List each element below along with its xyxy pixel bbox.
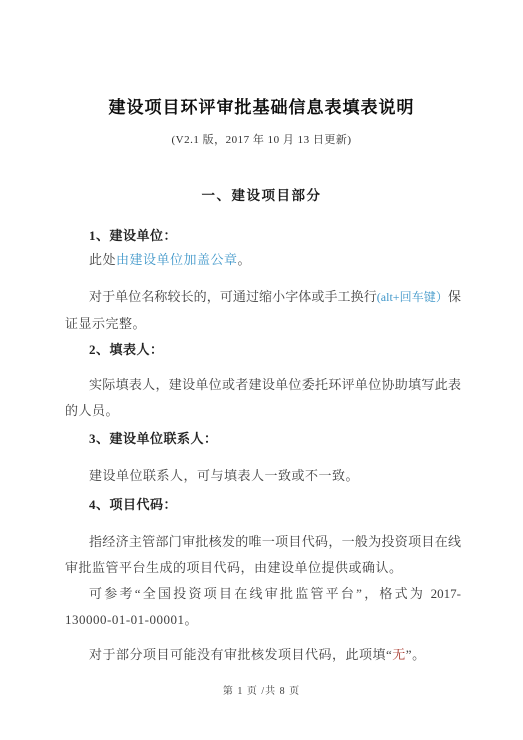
item-4-heading: 4、项目代码： — [65, 496, 461, 514]
item-1-para-1-text: 此处 — [89, 252, 116, 267]
item-4-para-3: 对于部分项目可能没有审批核发项目代码，此项填“无”。 — [65, 646, 461, 664]
section-heading: 一、建设项目部分 — [0, 187, 523, 205]
item-4-para-2-line-2: 130000-01-01-00001。 — [65, 611, 461, 629]
item-4-para-3-tail: ”。 — [406, 647, 426, 662]
item-1-para-2-line-2: 证显示完整。 — [65, 315, 461, 333]
item-1-heading: 1、建设单位： — [65, 227, 461, 245]
item-1-para-1: 此处由建设单位加盖公章。 — [65, 251, 461, 269]
doc-subtitle: (V2.1 版，2017 年 10 月 13 日更新) — [0, 131, 523, 149]
document-page: 建设项目环评审批基础信息表填表说明 (V2.1 版，2017 年 10 月 13… — [0, 0, 523, 740]
item-1-para-2-shortcut-hint: (alt+回车键） — [377, 290, 448, 304]
item-4-para-3-text: 对于部分项目可能没有审批核发项目代码，此项填“ — [89, 647, 392, 662]
item-1-para-2-line-1: 对于单位名称较长的，可通过缩小字体或手工换行(alt+回车键）保 — [65, 288, 461, 306]
item-4-para-3-none-value: 无 — [392, 647, 406, 662]
item-2-para-1-line-1: 实际填表人，建设单位或者建设单位委托环评单位协助填写此表 — [65, 376, 461, 394]
doc-title: 建设项目环评审批基础信息表填表说明 — [0, 99, 523, 117]
item-2-para-1-line-2: 的人员。 — [65, 402, 461, 420]
item-1-para-2-tail: 保 — [448, 289, 461, 304]
item-2-heading: 2、填表人： — [65, 341, 461, 359]
item-3-heading: 3、建设单位联系人： — [65, 430, 461, 448]
item-1-para-1-highlight: 由建设单位加盖公章 — [116, 252, 238, 267]
item-3-para-1: 建设单位联系人，可与填表人一致或不一致。 — [65, 467, 461, 485]
item-1-para-1-period: 。 — [238, 252, 252, 267]
item-4-para-1-line-2: 审批监管平台生成的项目代码，由建设单位提供或确认。 — [65, 559, 461, 577]
item-4-para-2-line-1: 可参考“全国投资项目在线审批监管平台”，格式为 2017- — [65, 585, 461, 603]
item-1-para-2-text: 对于单位名称较长的，可通过缩小字体或手工换行 — [89, 289, 377, 304]
item-4-para-1-line-1: 指经济主管部门审批核发的唯一项目代码，一般为投资项目在线 — [65, 533, 461, 551]
page-number-indicator: 第 1 页 /共 8 页 — [0, 683, 523, 701]
